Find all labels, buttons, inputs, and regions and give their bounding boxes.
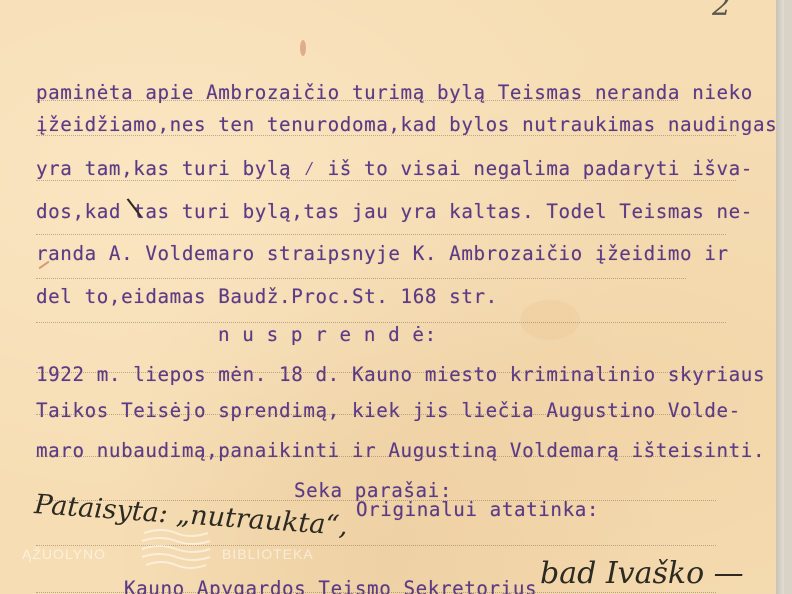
ruled-line (36, 180, 736, 181)
page-edge (776, 0, 784, 594)
typed-line-6: del to,eidamas Baudž.Proc.St. 168 str. (36, 286, 498, 308)
decision-line-2: Taikos Teisėjo sprendimą, kiek jis lieči… (36, 400, 741, 422)
ruled-line (36, 372, 726, 373)
ruled-line (36, 278, 686, 279)
ruled-line (36, 592, 716, 593)
typed-line-5: randa A. Voldemaro straipsnyje K. Ambroz… (36, 243, 729, 265)
decision-heading: n u s p r e n d ė: (218, 324, 437, 346)
ruled-line (36, 234, 726, 235)
ruled-line (36, 135, 736, 136)
ruled-line (36, 414, 726, 415)
ruled-line (36, 456, 736, 457)
ruled-line (36, 100, 678, 101)
decision-line-1: 1922 m. liepos mėn. 18 d. Kauno miesto k… (36, 364, 765, 386)
secretary-signature: bad Ivaško — (540, 556, 744, 591)
watermark-waves-icon (140, 525, 212, 573)
typed-line-3: yra tam,kas turi bylą ⁄ iš to visai nega… (36, 158, 753, 180)
decision-line-3: maro nubaudimą,panaikinti ir Augustiną V… (36, 440, 765, 462)
original-label: Originalui atatinka: (356, 499, 599, 521)
typed-line-2: įžeidžiamo,nes ten tenurodoma,kad bylos … (36, 114, 777, 136)
watermark-right-text: BIBLIOTEKA (222, 546, 314, 562)
page-number-mark: 2 (712, 0, 731, 23)
paper-stain (520, 300, 580, 340)
paper-stain (300, 40, 306, 56)
ruled-line (36, 545, 716, 546)
watermark-left-text: ĄŽUOLYNO (22, 546, 106, 562)
document-page: 2 paminėta apie Ambrozaičio turimą bylą … (0, 0, 784, 594)
